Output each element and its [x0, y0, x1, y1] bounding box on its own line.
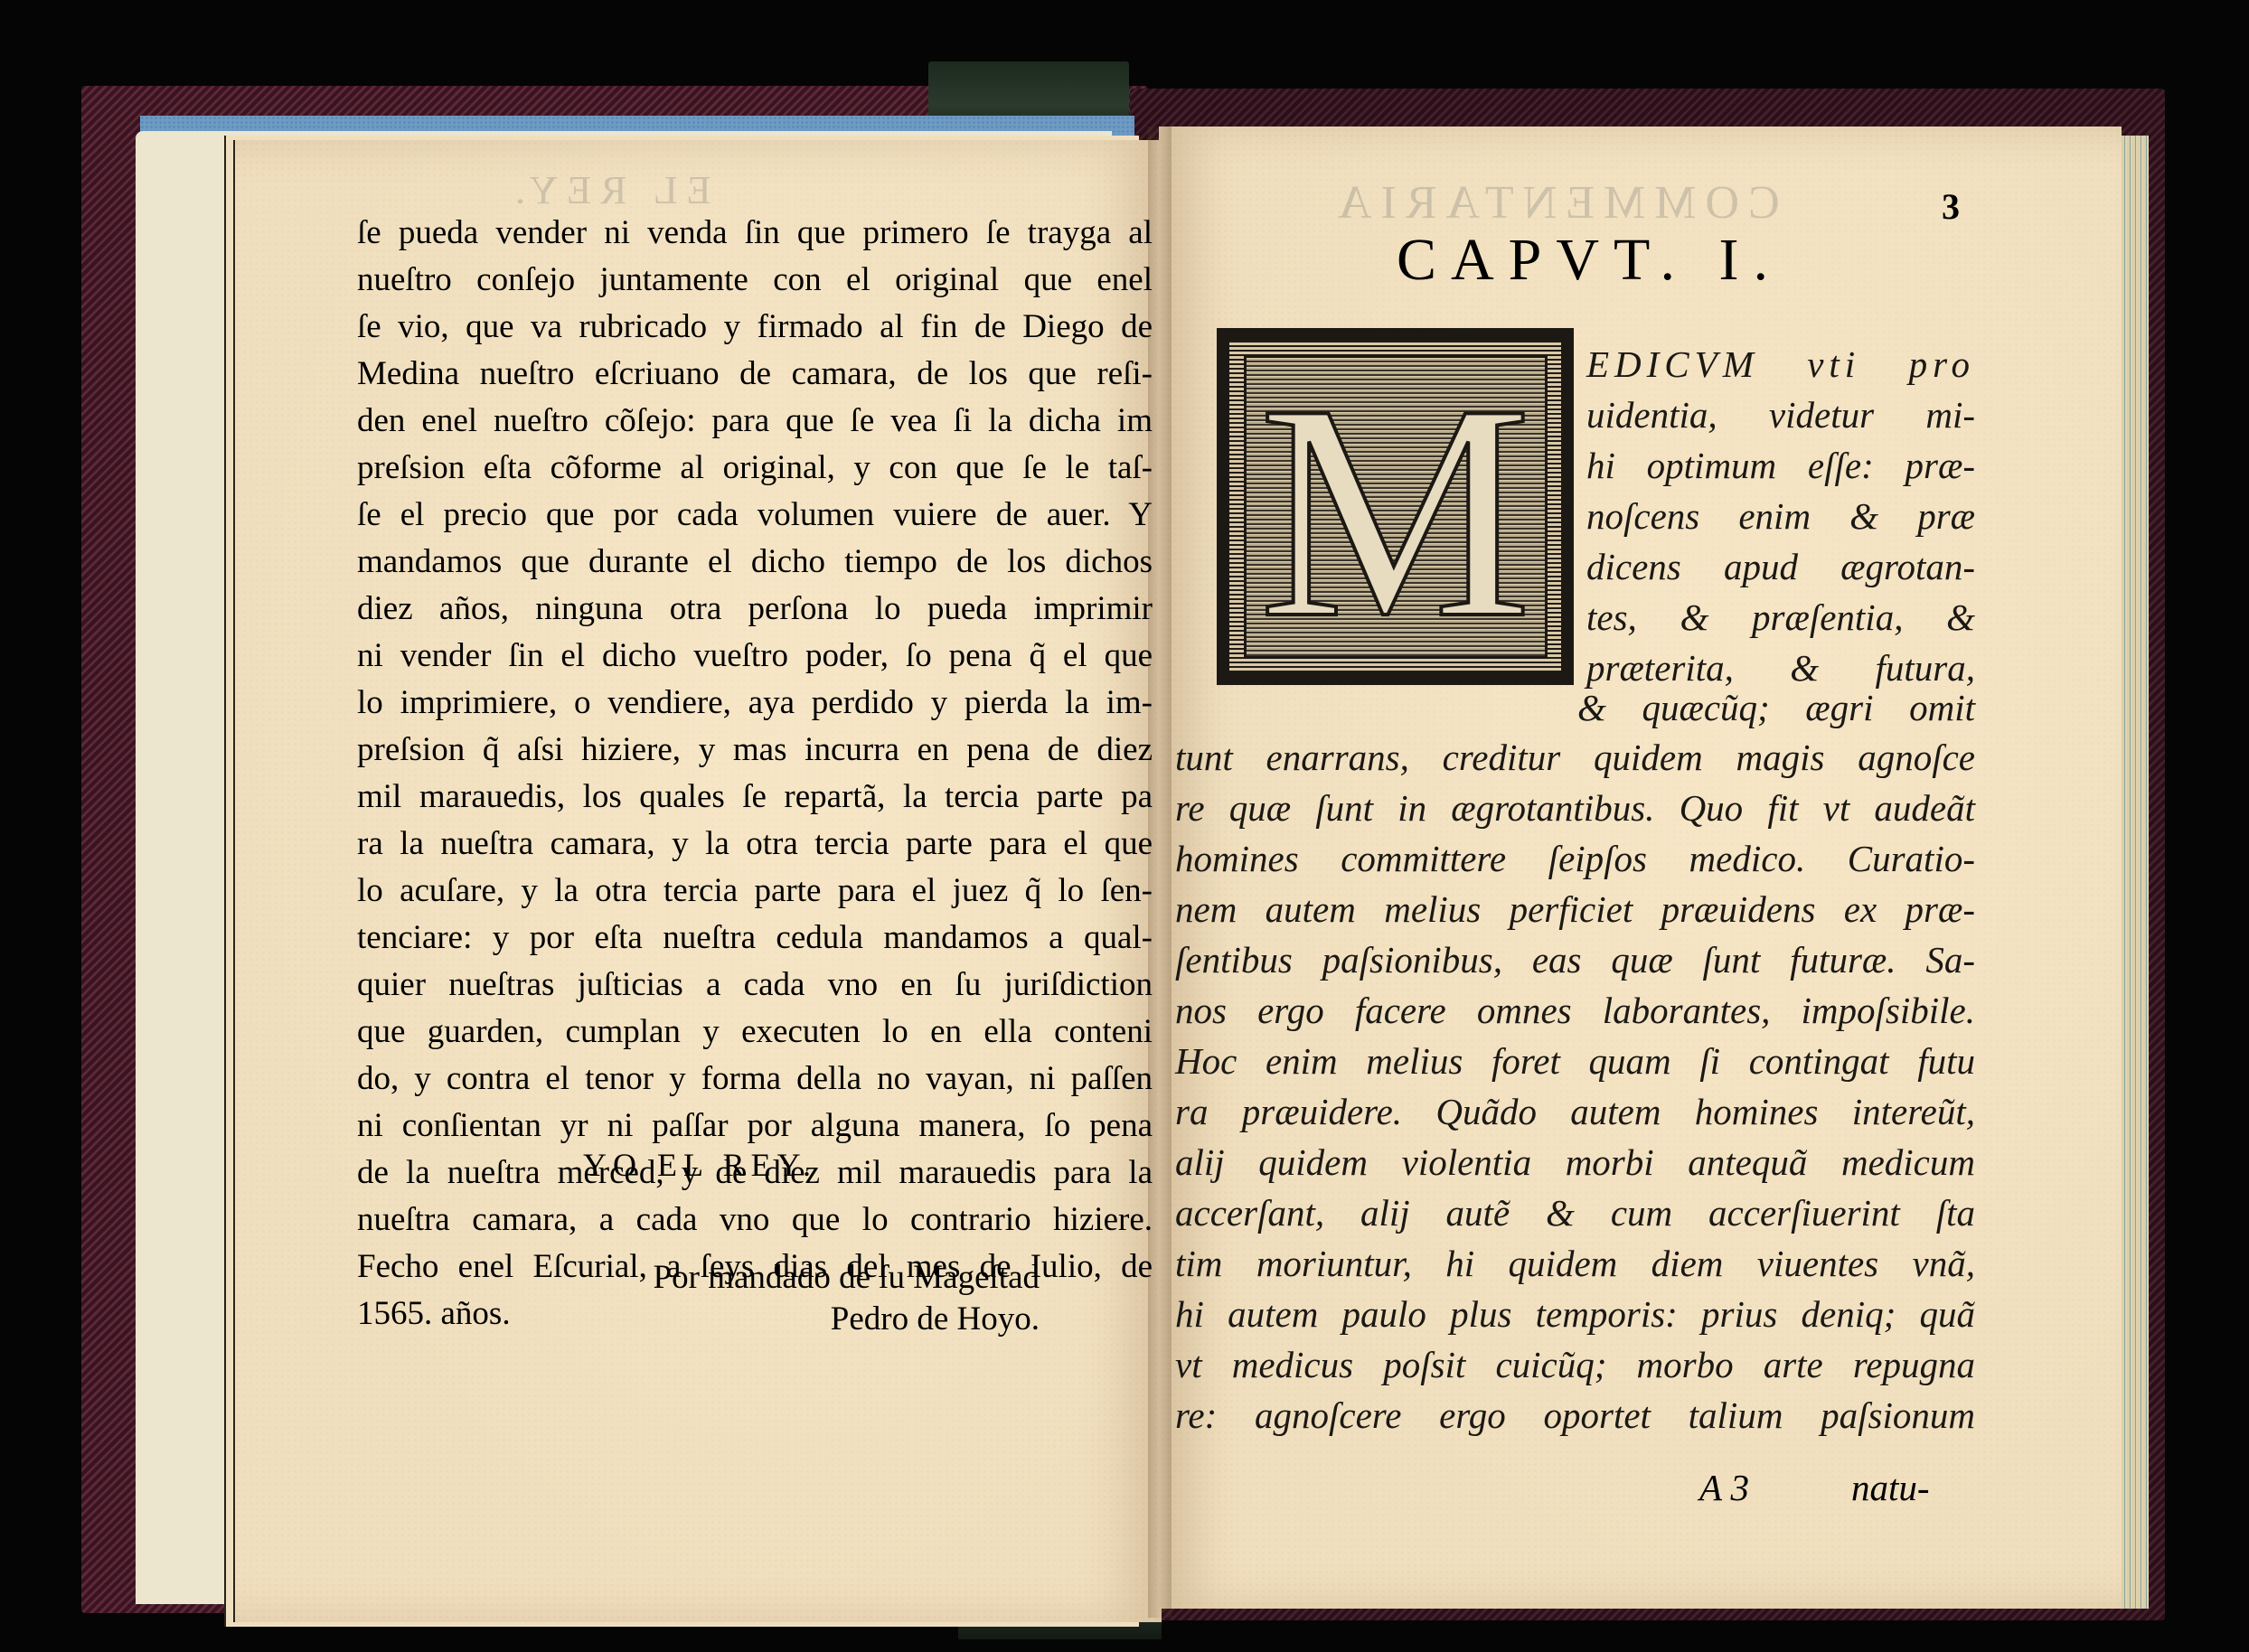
text-line: nueſtra camara, a cada vno que lo contra… — [357, 1197, 1153, 1244]
royal-signature: YO EL REY. — [583, 1146, 817, 1184]
chapter-text-body: tunt enarrans, creditur quidem magis agn… — [1175, 732, 1975, 1441]
chapter-text-beside-initial: EDICVM vti pro uidentia, videtur mi- hi … — [1586, 339, 1975, 693]
text-line: hi optimum eſſe: præ- — [1586, 440, 1975, 491]
countersign-line-1: Por mandado de ſu Mageſtad — [624, 1258, 1040, 1297]
signature-mark: A 3 — [1699, 1466, 1749, 1509]
text-line: lo acuſare, y la otra tercia parte para … — [357, 868, 1153, 915]
ghost-header-left: EL REY. — [506, 167, 710, 213]
text-line: preſsion q̃ aſsi hiziere, y mas incurra … — [357, 727, 1153, 774]
chapter-title: CAPVT. I. — [1397, 226, 1783, 295]
text-line: vt medicus poſsit cuicũq; morbo arte rep… — [1175, 1339, 1975, 1390]
ghost-header-right: COMMENTARIA — [1329, 176, 1780, 230]
text-line: ſe el precio que por cada volumen vuiere… — [357, 492, 1153, 539]
text-line: ra la nueſtra camara, y la otra tercia p… — [357, 821, 1153, 868]
text-line: mandamos que durante el dicho tiempo de … — [357, 539, 1153, 586]
text-line: re quæ ſunt in ægrotantibus. Quo fit vt … — [1175, 783, 1975, 833]
text-line: dicens apud ægrotan- — [1586, 541, 1975, 592]
text-line: ra præuidere. Quãdo autem homines intere… — [1175, 1086, 1975, 1137]
text-line: do, y contra el tenor y forma della no v… — [357, 1056, 1153, 1103]
text-line: hi autem paulo plus temporis: prius deni… — [1175, 1289, 1975, 1339]
text-line: alij quidem violentia morbi antequã medi… — [1175, 1137, 1975, 1187]
text-line: tim moriuntur, hi quidem diem viuentes v… — [1175, 1238, 1975, 1289]
initial-letter: M — [1258, 358, 1531, 665]
text-line: uidentia, videtur mi- — [1586, 390, 1975, 440]
text-line: Hoc enim melius foret quam ſi contingat … — [1175, 1036, 1975, 1086]
catchword: natu- — [1851, 1466, 1930, 1509]
text-line: & quæcũq; ægri omit — [1577, 682, 1975, 733]
text-line: ſe pueda vender ni venda ſin que primero… — [357, 210, 1153, 257]
chapter-text-tail: & quæcũq; ægri omit — [1577, 682, 1975, 733]
text-line: nem autem melius perficiet præuidens ex … — [1175, 884, 1975, 934]
text-line: lo imprimiere, o vendiere, aya perdido y… — [357, 680, 1153, 727]
text-line: EDICVM vti pro — [1586, 339, 1975, 390]
text-line: homines committere ſeipſos medico. Curat… — [1175, 833, 1975, 884]
text-line: ni conſientan yr ni paſſar por alguna ma… — [357, 1103, 1153, 1150]
text-line: tes, & præſentia, & — [1586, 592, 1975, 643]
text-line: nos ergo facere omnes laborantes, impoſs… — [1175, 985, 1975, 1036]
text-line: accerſant, alij autẽ & cum accerſiuerint… — [1175, 1187, 1975, 1238]
text-line: preſsion eſta cõforme al original, y con… — [357, 445, 1153, 492]
text-line: nueſtro conſejo juntamente con el origin… — [357, 257, 1153, 304]
page-fore-edge — [2122, 136, 2149, 1609]
text-line: ſe vio, que va rubricado y firmado al fi… — [357, 304, 1153, 351]
text-line: tenciare: y por eſta nueſtra cedula mand… — [357, 915, 1153, 962]
countersign-line-2: Pedro de Hoyo. — [624, 1300, 1040, 1338]
folio-number: 3 — [1942, 185, 1960, 228]
text-line: tunt enarrans, creditur quidem magis agn… — [1175, 732, 1975, 783]
text-line: ſentibus paſsionibus, eas quæ ſunt futur… — [1175, 934, 1975, 985]
text-line: Medina nueſtro eſcriuano de camara, de l… — [357, 351, 1153, 398]
woodcut-initial: M — [1217, 328, 1574, 685]
text-line: den enel nueſtro cõſejo: para que ſe vea… — [357, 398, 1153, 445]
text-line: diez años, ninguna otra perſona lo pueda… — [357, 586, 1153, 633]
text-line: que guarden, cumplan y executen lo en el… — [357, 1009, 1153, 1056]
cherub-illustration-icon: M — [1244, 355, 1548, 659]
text-line: ni vender ſin el dicho vueſtro poder, ſo… — [357, 633, 1153, 680]
text-line: noſcens enim & præ — [1586, 491, 1975, 541]
text-line: re: agnoſcere ergo oportet talium paſsio… — [1175, 1390, 1975, 1441]
text-line: mil marauedis, los quales ſe repartã, la… — [357, 774, 1153, 821]
text-line: quier nueſtras juſticias a cada vno en ſ… — [357, 962, 1153, 1009]
